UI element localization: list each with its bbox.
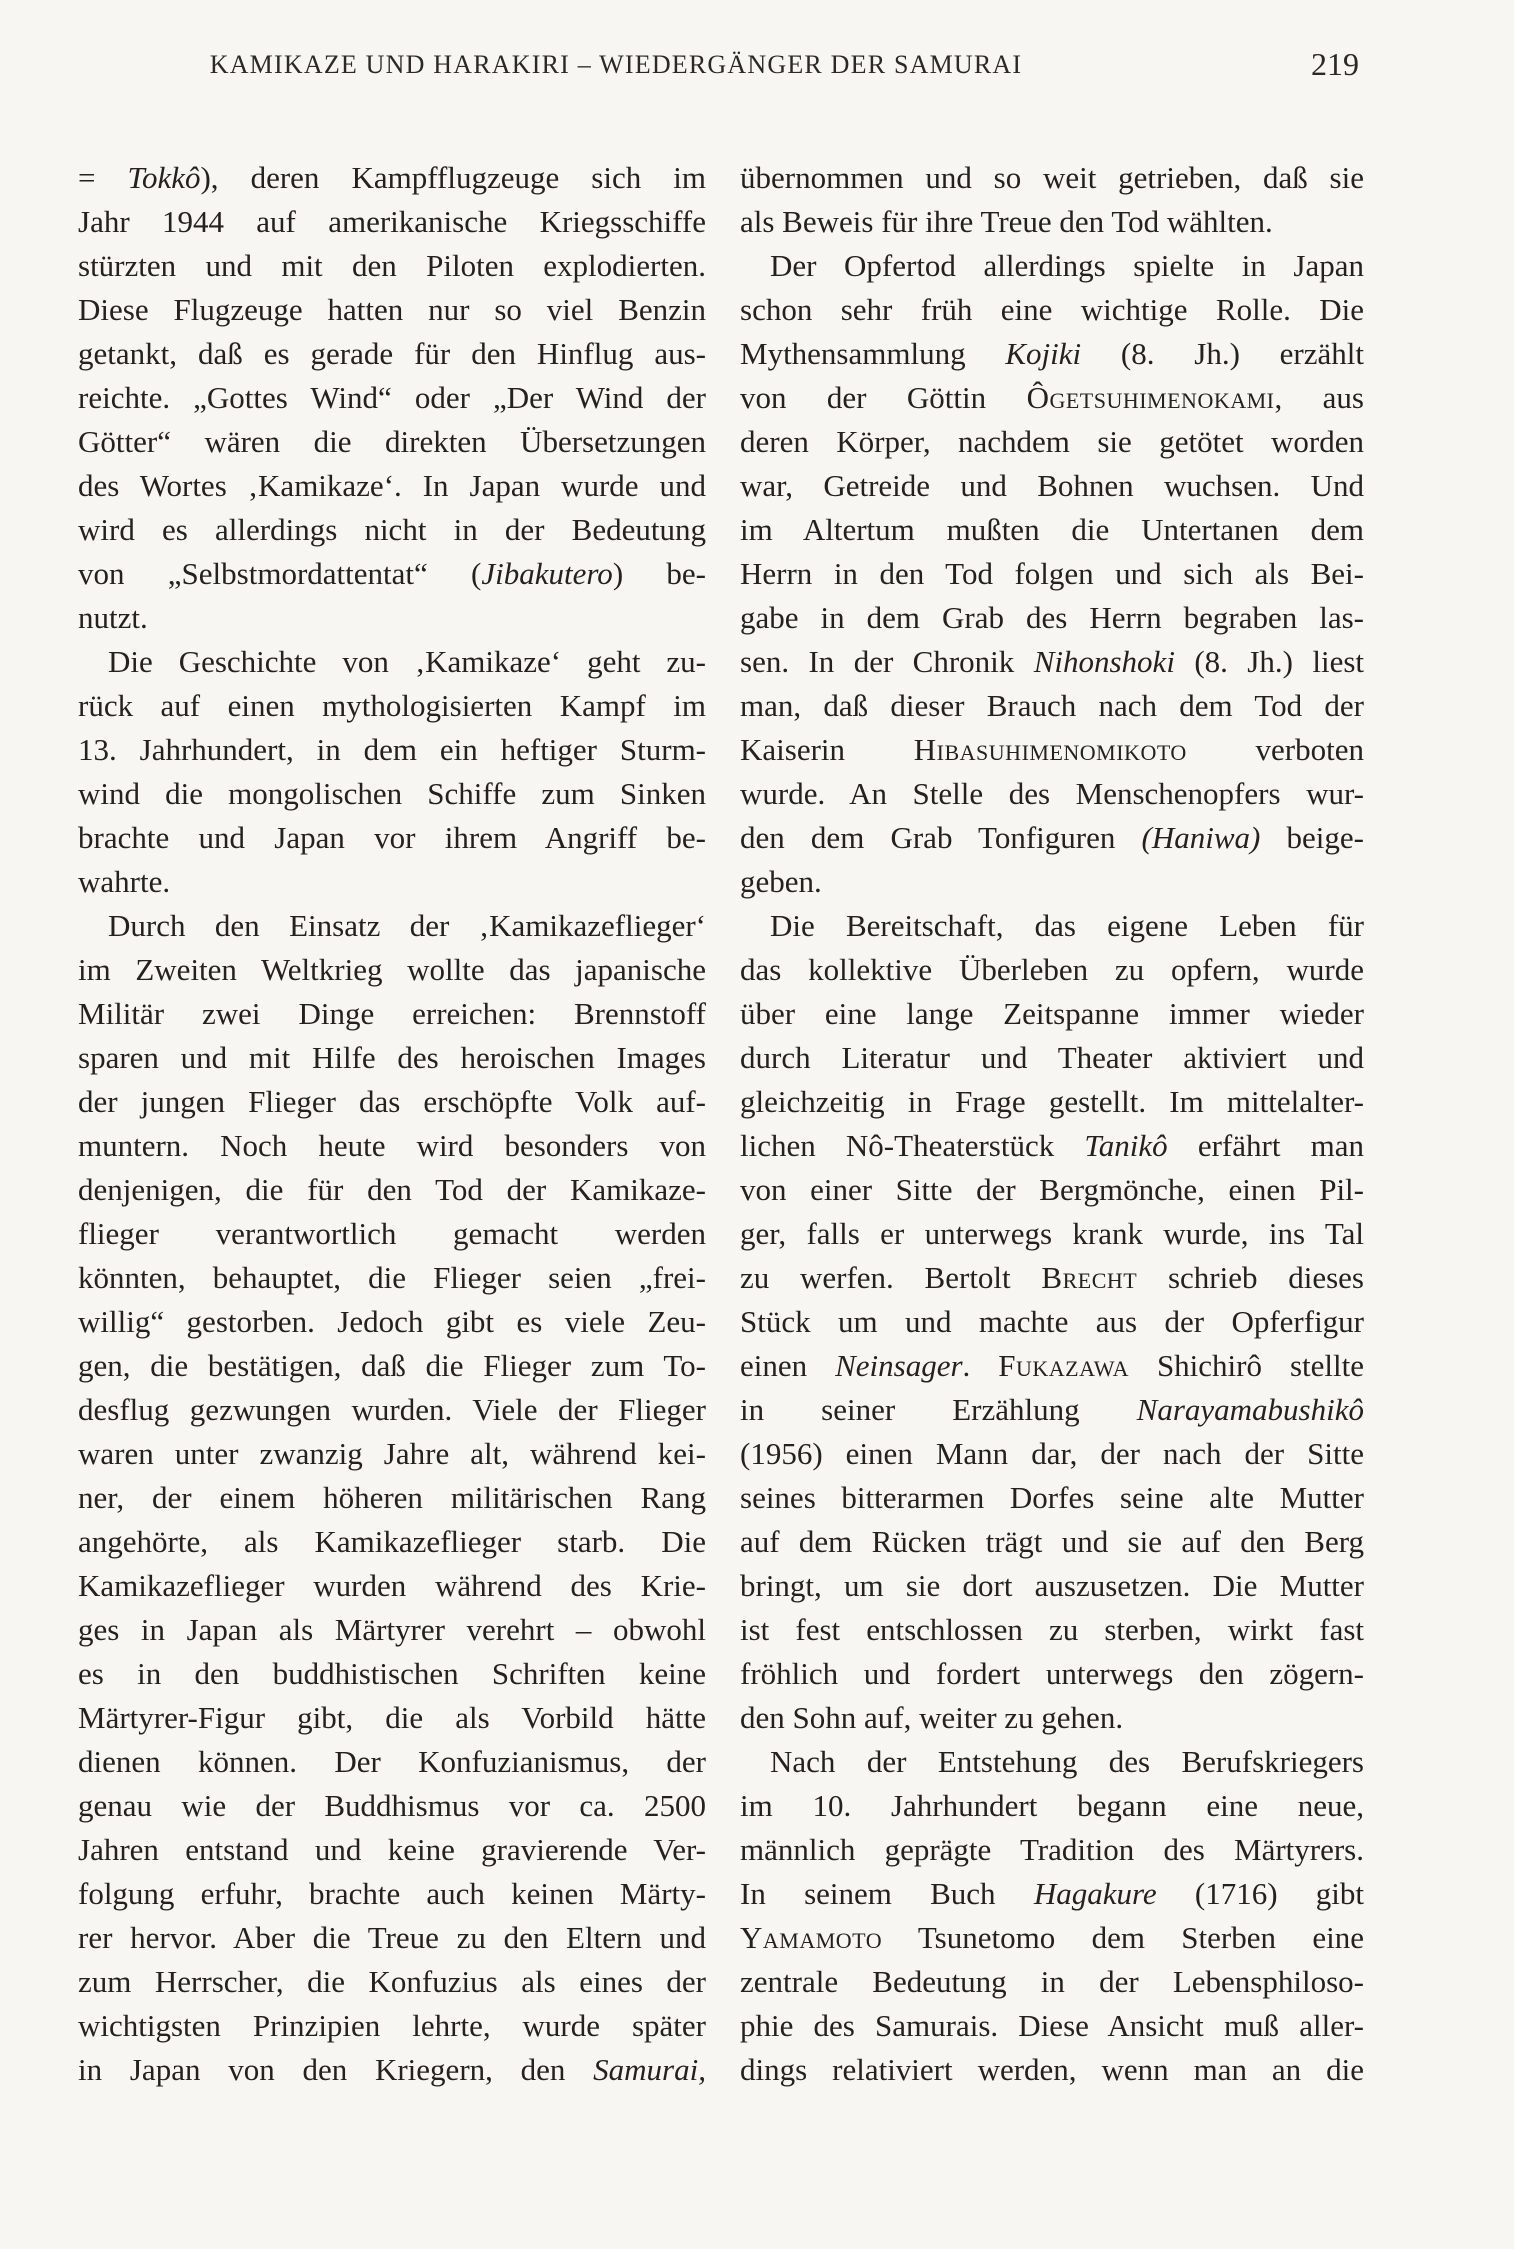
text-run: genau wie der Buddhismus vor ca. 2500 [78,1788,706,1823]
text-run: übernommen und so weit getrieben, daß si… [740,160,1364,195]
text-line: Die Bereitschaft, das eigene Leben für [740,904,1364,948]
text-run: Hibasuhimenomikoto [914,732,1187,767]
text-line: als Beweis für ihre Treue den Tod wählte… [740,200,1364,244]
text-run: männlich geprägte Tradition des Märtyrer… [740,1832,1364,1867]
text-line: sen. In der Chronik Nihonshoki (8. Jh.) … [740,640,1364,684]
text-run: (8. Jh.) erzählt [1081,336,1364,371]
text-run: könnten, behauptet, die Flieger seien „f… [78,1260,706,1295]
text-line: muntern. Noch heute wird besonders von [78,1124,706,1168]
text-line: ges in Japan als Märtyrer verehrt – obwo… [78,1608,706,1652]
text-run: seines bitterarmen Dorfes seine alte Mut… [740,1480,1364,1515]
text-line: folgung erfuhr, brachte auch keinen Märt… [78,1872,706,1916]
text-run: der jungen Flieger das erschöpfte Volk a… [78,1084,706,1119]
text-run: im Zweiten Weltkrieg wollte das japanisc… [78,952,706,987]
text-line: der jungen Flieger das erschöpfte Volk a… [78,1080,706,1124]
text-run: wichtigsten Prinzipien lehrte, wurde spä… [78,2008,706,2043]
text-line: Jahren entstand und keine gravierende Ve… [78,1828,706,1872]
text-run: als Beweis für ihre Treue den Tod wählte… [740,204,1273,239]
text-run: flieger verantwortlich gemacht werden [78,1216,706,1251]
text-run: es in den buddhistischen Schriften keine [78,1656,706,1691]
text-run: den dem Grab Tonfiguren [740,820,1142,855]
text-run: von einer Sitte der Bergmönche, einen Pi… [740,1172,1364,1207]
text-line: im Altertum mußten die Untertanen dem [740,508,1364,552]
text-run: gleichzeitig in Frage gestellt. Im mitte… [740,1084,1364,1119]
text-run: ges in Japan als Märtyrer verehrt – obwo… [78,1612,706,1647]
text-run: denjenigen, die für den Tod der Kamikaze… [78,1172,706,1207]
text-line: auf dem Rücken trägt und sie auf den Ber… [740,1520,1364,1564]
text-line: es in den buddhistischen Schriften keine [78,1652,706,1696]
text-line: Herrn in den Tod folgen und sich als Bei… [740,552,1364,596]
text-line: brachte und Japan vor ihrem Angriff be- [78,816,706,860]
text-line: Nach der Entstehung des Berufskriegers [740,1740,1364,1784]
text-run: geben. [740,864,822,899]
text-run: , aus [1275,380,1365,415]
text-run: Mythensammlung [740,336,1005,371]
text-line: sparen und mit Hilfe des heroischen Imag… [78,1036,706,1080]
text-line: phie des Samurais. Diese Ansicht muß all… [740,2004,1364,2048]
text-run: Tokkô [128,160,201,195]
text-line: in Japan von den Kriegern, den Samurai, [78,2048,706,2092]
text-line: denjenigen, die für den Tod der Kamikaze… [78,1168,706,1212]
text-run: (1716) gibt [1157,1876,1364,1911]
text-line: = Tokkô), deren Kampfflugzeuge sich im [78,156,706,200]
text-line: Stück um und machte aus der Opferfigur [740,1300,1364,1344]
text-run: sen. In der Chronik [740,644,1034,679]
text-line: ger, falls er unterwegs krank wurde, ins… [740,1212,1364,1256]
text-line: von „Selbstmordattentat“ (Jibakutero) be… [78,552,706,596]
text-column-right: übernommen und so weit getrieben, daß si… [740,156,1364,2092]
text-run: Shichirô stellte [1129,1348,1364,1383]
text-run: muntern. Noch heute wird besonders von [78,1128,706,1163]
text-run: deren Körper, nachdem sie getötet worden [740,424,1364,459]
text-line: stürzten und mit den Piloten explodierte… [78,244,706,288]
running-header-title: KAMIKAZE UND HARAKIRI – WIEDERGÄNGER DER… [78,50,1154,80]
text-line: Götter“ wären die direkten Übersetzungen [78,420,706,464]
text-run: Kaiserin [740,732,914,767]
text-run: fröhlich und fordert unterwegs den zöger… [740,1656,1364,1691]
text-line: wurde. An Stelle des Menschenopfers wur- [740,772,1364,816]
text-line: übernommen und so weit getrieben, daß si… [740,156,1364,200]
text-run: rer hervor. Aber die Treue zu den Eltern… [78,1920,706,1955]
text-line: Militär zwei Dinge erreichen: Brennstoff [78,992,706,1036]
text-run: Jahren entstand und keine gravierende Ve… [78,1832,706,1867]
text-line: reichte. „Gottes Wind“ oder „Der Wind de… [78,376,706,420]
text-line: waren unter zwanzig Jahre alt, während k… [78,1432,706,1476]
text-line: wird es allerdings nicht in der Bedeutun… [78,508,706,552]
text-run: den Sohn auf, weiter zu gehen. [740,1700,1123,1735]
text-line: gen, die bestätigen, daß die Flieger zum… [78,1344,706,1388]
text-run: Ôgetsuhimenokami [1027,380,1275,415]
text-run: = [78,160,128,195]
text-line: angehörte, als Kamikazeflieger starb. Di… [78,1520,706,1564]
text-run: angehörte, als Kamikazeflieger starb. Di… [78,1524,706,1559]
text-run: erfährt man [1168,1128,1364,1163]
text-line: rer hervor. Aber die Treue zu den Eltern… [78,1916,706,1960]
text-line: Jahr 1944 auf amerikanische Kriegsschiff… [78,200,706,244]
text-run: in Japan von den Kriegern, den [78,2052,593,2087]
text-run: Jibakutero [481,556,612,591]
text-line: zum Herrscher, die Konfuzius als eines d… [78,1960,706,2004]
text-run: nutzt. [78,600,148,635]
text-run: (8. Jh.) liest [1175,644,1364,679]
text-line: schon sehr früh eine wichtige Rolle. Die [740,288,1364,332]
text-run: getankt, daß es gerade für den Hinflug a… [78,336,706,371]
text-run: zum Herrscher, die Konfuzius als eines d… [78,1964,706,1999]
text-run: in seiner Erzählung [740,1392,1137,1427]
text-run: reichte. „Gottes Wind“ oder „Der Wind de… [78,380,706,415]
text-run: wahrte. [78,864,170,899]
text-line: einen Neinsager. Fukazawa Shichirô stell… [740,1344,1364,1388]
text-line: getankt, daß es gerade für den Hinflug a… [78,332,706,376]
text-run: dings relativiert werden, wenn man an di… [740,2052,1364,2087]
text-run: phie des Samurais. Diese Ansicht muß all… [740,2008,1364,2043]
text-run: Tanikô [1084,1128,1167,1163]
text-run: Narayamabushikô [1137,1392,1364,1427]
text-line: seines bitterarmen Dorfes seine alte Mut… [740,1476,1364,1520]
text-line: desflug gezwungen wurden. Viele der Flie… [78,1388,706,1432]
text-run: Tsunetomo dem Sterben eine [882,1920,1364,1955]
text-run: verboten [1187,732,1364,767]
text-line: wahrte. [78,860,706,904]
text-line: Die Geschichte von ‚Kamikaze‘ geht zu- [78,640,706,684]
text-line: man, daß dieser Brauch nach dem Tod der [740,684,1364,728]
text-run: sparen und mit Hilfe des heroischen Imag… [78,1040,706,1075]
text-run: wind die mongolischen Schiffe zum Sinken [78,776,706,811]
text-run: . [963,1348,999,1383]
text-line: flieger verantwortlich gemacht werden [78,1212,706,1256]
text-line: des Wortes ‚Kamikaze‘. In Japan wurde un… [78,464,706,508]
text-run: waren unter zwanzig Jahre alt, während k… [78,1436,706,1471]
text-line: zentrale Bedeutung in der Lebensphiloso- [740,1960,1364,2004]
text-run: gen, die bestätigen, daß die Flieger zum… [78,1348,706,1383]
text-run: Der Opfertod allerdings spielte in Japan [770,248,1364,283]
text-line: Kamikazeflieger wurden während des Krie- [78,1564,706,1608]
text-line: willig“ gestorben. Jedoch gibt es viele … [78,1300,706,1344]
text-run: zu werfen. Bertolt [740,1260,1041,1295]
text-run: Brecht [1041,1260,1137,1295]
text-run: wird es allerdings nicht in der Bedeutun… [78,512,706,547]
text-run: einen [740,1348,835,1383]
text-run: Durch den Einsatz der ‚Kamikazeflieger‘ [108,908,706,943]
text-run: Kojiki [1005,336,1081,371]
text-line: dings relativiert werden, wenn man an di… [740,2048,1364,2092]
text-line: Kaiserin Hibasuhimenomikoto verboten [740,728,1364,772]
text-line: durch Literatur und Theater aktiviert un… [740,1036,1364,1080]
text-line: Der Opfertod allerdings spielte in Japan [740,244,1364,288]
text-run: war, Getreide und Bohnen wuchsen. Und [740,468,1364,503]
text-run: schrieb dieses [1137,1260,1364,1295]
text-line: zu werfen. Bertolt Brecht schrieb dieses [740,1256,1364,1300]
text-run: (1956) einen Mann dar, der nach der Sitt… [740,1436,1364,1471]
text-run: Nach der Entstehung des Berufskriegers [770,1744,1364,1779]
text-run: (Haniwa) [1142,820,1261,855]
text-run: im Altertum mußten die Untertanen dem [740,512,1364,547]
text-line: Mythensammlung Kojiki (8. Jh.) erzählt [740,332,1364,376]
text-run: von der Göttin [740,380,1027,415]
text-line: nutzt. [78,596,706,640]
text-run: stürzten und mit den Piloten explodierte… [78,248,706,283]
text-run: ist fest entschlossen zu sterben, wirkt … [740,1612,1364,1647]
text-line: ist fest entschlossen zu sterben, wirkt … [740,1608,1364,1652]
text-line: Märtyrer-Figur gibt, die als Vorbild hät… [78,1696,706,1740]
text-column-left: = Tokkô), deren Kampfflugzeuge sich imJa… [78,156,706,2092]
text-line: gabe in dem Grab des Herrn begraben las- [740,596,1364,640]
text-run: schon sehr früh eine wichtige Rolle. Die [740,292,1364,327]
text-run: Die Bereitschaft, das eigene Leben für [770,908,1364,943]
book-page-scan: KAMIKAZE UND HARAKIRI – WIEDERGÄNGER DER… [0,0,1514,2249]
text-run: Samurai, [593,2052,706,2087]
text-run: über eine lange Zeitspanne immer wieder [740,996,1364,1031]
text-run: beige- [1260,820,1364,855]
text-run: lichen Nô-Theaterstück [740,1128,1084,1163]
text-line: geben. [740,860,1364,904]
text-run: Die Geschichte von ‚Kamikaze‘ geht zu- [108,644,706,679]
text-run: Hagakure [1034,1876,1157,1911]
text-line: war, Getreide und Bohnen wuchsen. Und [740,464,1364,508]
text-run: durch Literatur und Theater aktiviert un… [740,1040,1364,1075]
text-line: von einer Sitte der Bergmönche, einen Pi… [740,1168,1364,1212]
page-number: 219 [1311,46,1359,83]
text-line: männlich geprägte Tradition des Märtyrer… [740,1828,1364,1872]
running-header: KAMIKAZE UND HARAKIRI – WIEDERGÄNGER DER… [78,50,1359,90]
text-line: Durch den Einsatz der ‚Kamikazeflieger‘ [78,904,706,948]
text-run: man, daß dieser Brauch nach dem Tod der [740,688,1364,723]
text-run: Nihonshoki [1034,644,1175,679]
text-line: fröhlich und fordert unterwegs den zöger… [740,1652,1364,1696]
text-run: Militär zwei Dinge erreichen: Brennstoff [78,996,706,1031]
text-line: deren Körper, nachdem sie getötet worden [740,420,1364,464]
text-line: ner, der einem höheren militärischen Ran… [78,1476,706,1520]
text-run: zentrale Bedeutung in der Lebensphiloso- [740,1964,1364,1999]
text-run: 13. Jahrhundert, in dem ein heftiger Stu… [78,732,706,767]
text-line: In seinem Buch Hagakure (1716) gibt [740,1872,1364,1916]
text-run: ger, falls er unterwegs krank wurde, ins… [740,1216,1364,1251]
text-run: In seinem Buch [740,1876,1034,1911]
text-run: Märtyrer-Figur gibt, die als Vorbild hät… [78,1700,706,1735]
text-run: brachte und Japan vor ihrem Angriff be- [78,820,706,855]
text-run: willig“ gestorben. Jedoch gibt es viele … [78,1304,706,1339]
text-run: Diese Flugzeuge hatten nur so viel Benzi… [78,292,706,327]
text-line: dienen können. Der Konfuzianismus, der [78,1740,706,1784]
text-run: auf dem Rücken trägt und sie auf den Ber… [740,1524,1364,1559]
text-line: den dem Grab Tonfiguren (Haniwa) beige- [740,816,1364,860]
text-run: Neinsager [835,1348,962,1383]
text-line: in seiner Erzählung Narayamabushikô [740,1388,1364,1432]
text-line: wichtigsten Prinzipien lehrte, wurde spä… [78,2004,706,2048]
text-run: folgung erfuhr, brachte auch keinen Märt… [78,1876,706,1911]
text-run: Yamamoto [740,1920,882,1955]
text-line: im 10. Jahrhundert begann eine neue, [740,1784,1364,1828]
text-run: Stück um und machte aus der Opferfigur [740,1304,1364,1339]
text-run: von „Selbstmordattentat“ ( [78,556,481,591]
text-line: Diese Flugzeuge hatten nur so viel Benzi… [78,288,706,332]
text-run: dienen können. Der Konfuzianismus, der [78,1744,706,1779]
text-run: Götter“ wären die direkten Übersetzungen [78,424,706,459]
text-run: rück auf einen mythologisierten Kampf im [78,688,706,723]
text-run: des Wortes ‚Kamikaze‘. In Japan wurde un… [78,468,706,503]
text-run: Fukazawa [998,1348,1129,1383]
text-line: genau wie der Buddhismus vor ca. 2500 [78,1784,706,1828]
text-line: den Sohn auf, weiter zu gehen. [740,1696,1364,1740]
text-run: ), deren Kampfflugzeuge sich im [200,160,706,195]
text-line: 13. Jahrhundert, in dem ein heftiger Stu… [78,728,706,772]
text-line: von der Göttin Ôgetsuhimenokami, aus [740,376,1364,420]
text-run: ner, der einem höheren militärischen Ran… [78,1480,706,1515]
text-line: gleichzeitig in Frage gestellt. Im mitte… [740,1080,1364,1124]
text-line: das kollektive Überleben zu opfern, wurd… [740,948,1364,992]
text-line: rück auf einen mythologisierten Kampf im [78,684,706,728]
text-run: Jahr 1944 auf amerikanische Kriegsschiff… [78,204,706,239]
text-line: über eine lange Zeitspanne immer wieder [740,992,1364,1036]
text-run: wurde. An Stelle des Menschenopfers wur- [740,776,1364,811]
text-run: desflug gezwungen wurden. Viele der Flie… [78,1392,706,1427]
text-run: das kollektive Überleben zu opfern, wurd… [740,952,1364,987]
text-line: Yamamoto Tsunetomo dem Sterben eine [740,1916,1364,1960]
text-line: bringt, um sie dort auszusetzen. Die Mut… [740,1564,1364,1608]
text-line: wind die mongolischen Schiffe zum Sinken [78,772,706,816]
text-run: im 10. Jahrhundert begann eine neue, [740,1788,1364,1823]
text-run: ) be- [613,556,706,591]
text-line: könnten, behauptet, die Flieger seien „f… [78,1256,706,1300]
text-run: bringt, um sie dort auszusetzen. Die Mut… [740,1568,1364,1603]
text-line: im Zweiten Weltkrieg wollte das japanisc… [78,948,706,992]
text-run: gabe in dem Grab des Herrn begraben las- [740,600,1364,635]
text-run: Herrn in den Tod folgen und sich als Bei… [740,556,1364,591]
text-run: Kamikazeflieger wurden während des Krie- [78,1568,706,1603]
text-line: lichen Nô-Theaterstück Tanikô erfährt ma… [740,1124,1364,1168]
text-line: (1956) einen Mann dar, der nach der Sitt… [740,1432,1364,1476]
